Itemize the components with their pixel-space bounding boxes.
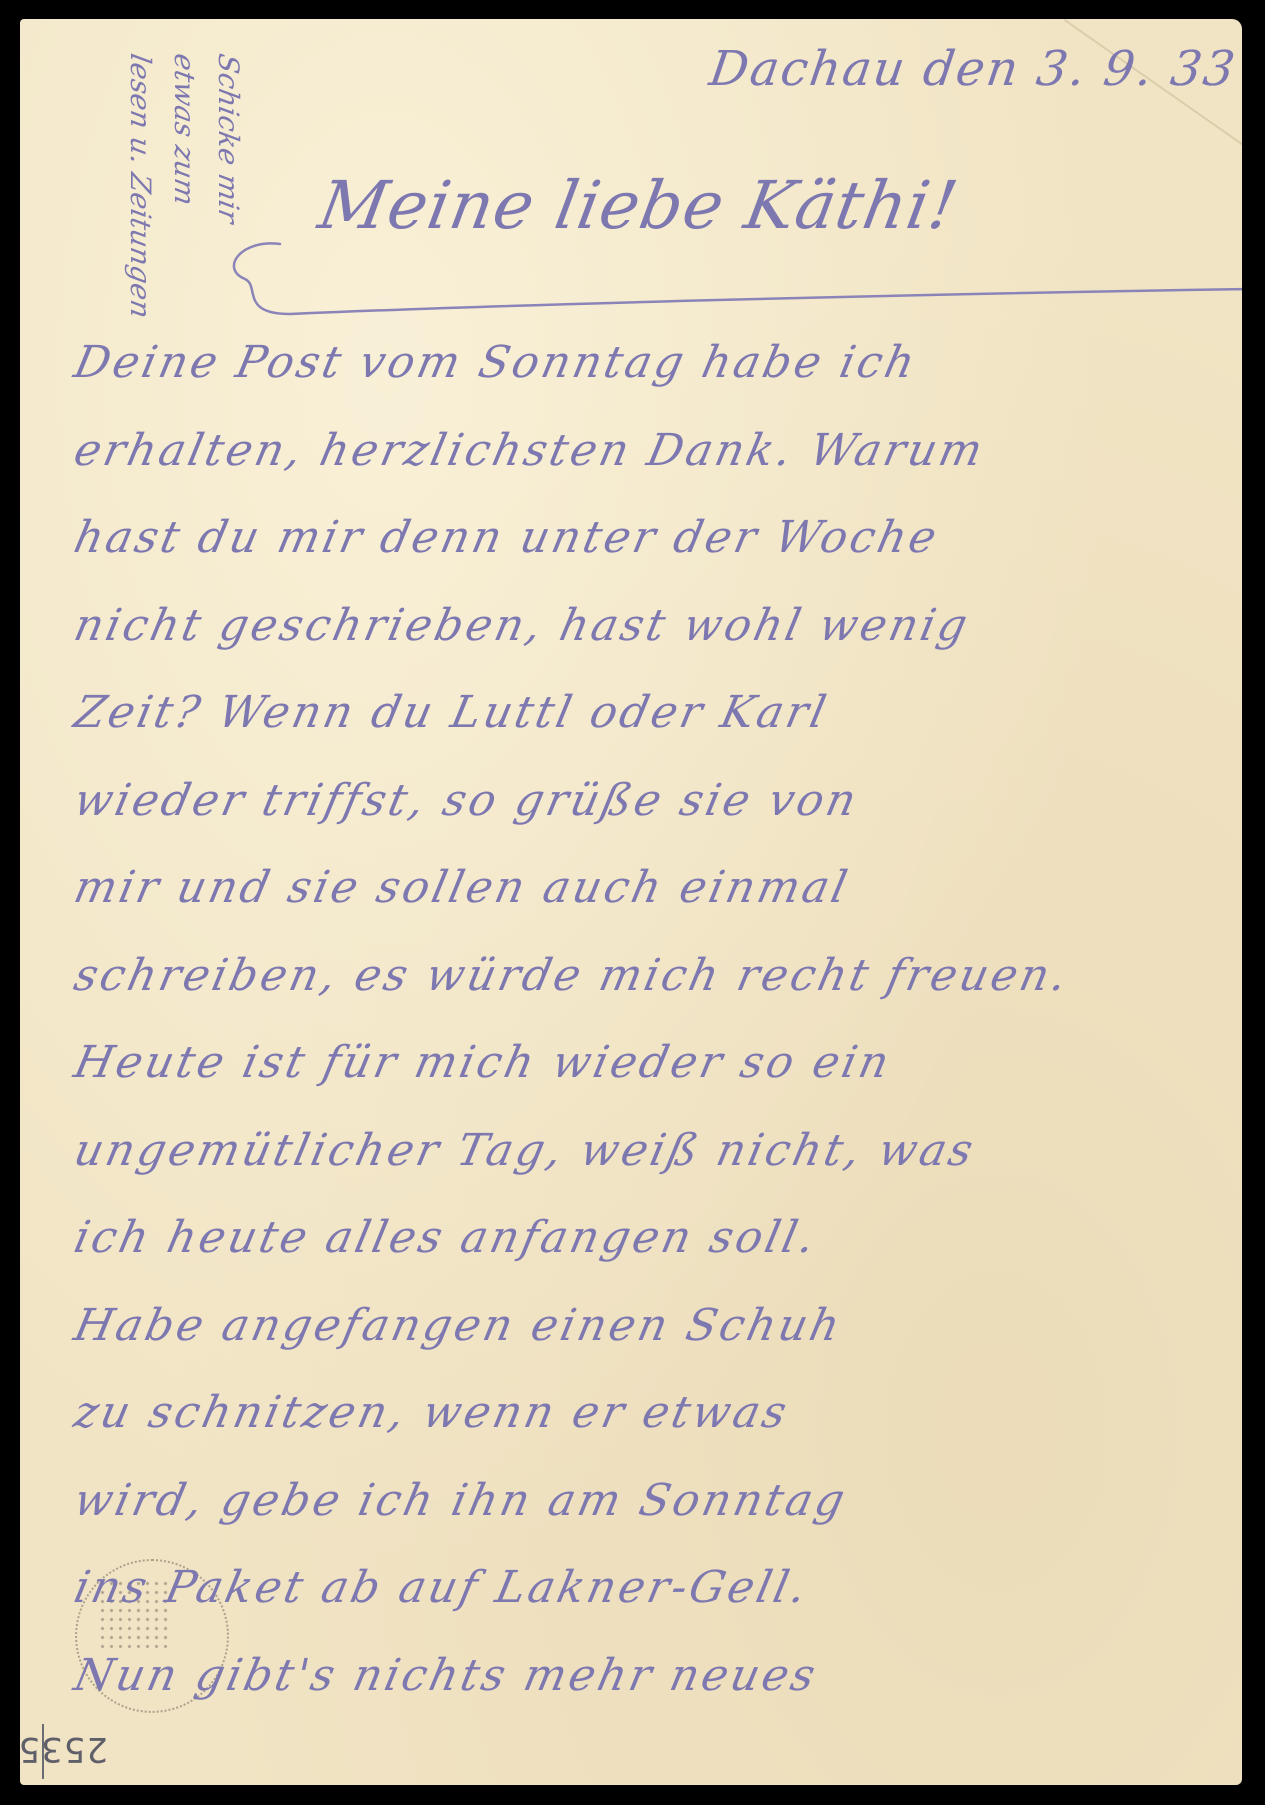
body-line: Zeit? Wenn du Luttl oder Karl [66, 669, 1242, 757]
body-line: schreiben, es würde mich recht freuen. [66, 932, 1242, 1020]
body-line: ins Paket ab auf Lakner-Gell. [66, 1544, 1242, 1632]
body-line: Heute ist für mich wieder so ein [66, 1019, 1242, 1107]
body-line: mir und sie sollen auch einmal [66, 844, 1242, 932]
body-line: Deine Post vom Sonntag habe ich [66, 319, 1242, 407]
greeting-underline-flourish [220, 234, 1242, 324]
body-line: Nun gibt's nichts mehr neues [66, 1632, 1242, 1720]
body-line: wieder triffst, so grüße sie von [66, 757, 1242, 845]
body-line: erhalten, herzlichsten Dank. Warum [66, 407, 1242, 495]
body-line: wird, gebe ich ihn am Sonntag [66, 1457, 1242, 1545]
body-line: ich heute alles anfangen soll. [66, 1194, 1242, 1282]
postcard: Dachau den 3. 9. 33 Meine liebe Käthi! S… [20, 19, 1242, 1785]
archive-number: 25350A [28, 1709, 108, 1769]
body-line: Habe angefangen einen Schuh [66, 1282, 1242, 1370]
greeting: Meine liebe Käthi! [313, 167, 964, 244]
letter-body: Deine Post vom Sonntag habe ich erhalten… [75, 319, 1242, 1719]
dateline: Dachau den 3. 9. 33 [706, 41, 1240, 97]
body-line: zu schnitzen, wenn er etwas [66, 1369, 1242, 1457]
body-line: nicht geschrieben, hast wohl wenig [66, 582, 1242, 670]
body-line: hast du mir denn unter der Woche [66, 494, 1242, 582]
body-line: ungemütlicher Tag, weiß nicht, was [66, 1107, 1242, 1195]
